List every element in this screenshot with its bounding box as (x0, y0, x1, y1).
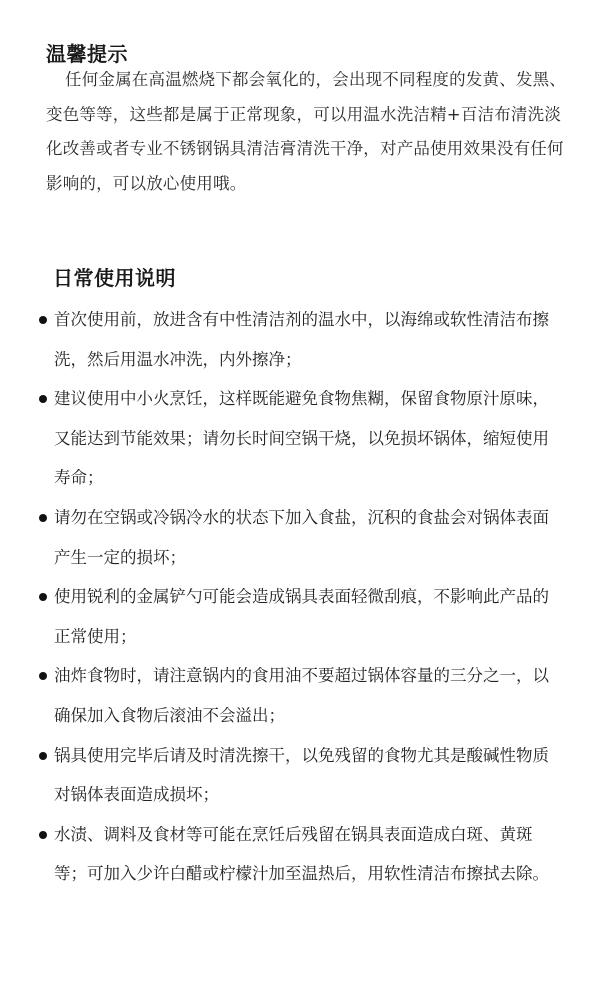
tips-paragraph: 任何金属在高温燃烧下都会氧化的，会出现不同程度的发黄、发黑、变色等等，这些都是属… (46, 63, 566, 201)
usage-item: 水渍、调料及食材等可能在烹饪后残留在锅具表面造成白斑、黄斑等；可加入少许白醋或柠… (36, 815, 551, 894)
usage-instructions-list: 首次使用前，放进含有中性清洁剂的温水中，以海绵或软性清洁布擦洗，然后用温水冲洗，… (36, 300, 551, 894)
usage-item-text: 首次使用前，放进含有中性清洁剂的温水中，以海绵或软性清洁布擦洗，然后用温水冲洗，… (54, 300, 551, 379)
usage-item: 锅具使用完毕后请及时清洗擦干，以免残留的食物尤其是酸碱性物质对锅体表面造成损坏； (36, 736, 551, 815)
bullet-dot-icon (39, 831, 47, 839)
usage-item-text: 使用锐利的金属铲勺可能会造成锅具表面轻微刮痕，不影响此产品的正常使用； (54, 577, 551, 656)
usage-item-text: 油炸食物时，请注意锅内的食用油不要超过锅体容量的三分之一，以确保加入食物后滚油不… (54, 656, 551, 735)
usage-title: 日常使用说明 (53, 262, 176, 291)
bullet-dot-icon (39, 752, 47, 760)
bullet-dot-icon (39, 395, 47, 403)
usage-item: 建议使用中小火烹饪，这样既能避免食物焦糊，保留食物原汁原味，又能达到节能效果；请… (36, 379, 551, 498)
usage-item-text: 请勿在空锅或冷锅冷水的状态下加入食盐，沉积的食盐会对锅体表面产生一定的损坏； (54, 498, 551, 577)
usage-item-text: 建议使用中小火烹饪，这样既能避免食物焦糊，保留食物原汁原味，又能达到节能效果；请… (54, 379, 551, 498)
usage-item: 请勿在空锅或冷锅冷水的状态下加入食盐，沉积的食盐会对锅体表面产生一定的损坏； (36, 498, 551, 577)
bullet-dot-icon (39, 316, 47, 324)
bullet-dot-icon (39, 514, 47, 522)
usage-item-text: 锅具使用完毕后请及时清洗擦干，以免残留的食物尤其是酸碱性物质对锅体表面造成损坏； (54, 736, 551, 815)
usage-item: 油炸食物时，请注意锅内的食用油不要超过锅体容量的三分之一，以确保加入食物后滚油不… (36, 656, 551, 735)
usage-item: 使用锐利的金属铲勺可能会造成锅具表面轻微刮痕，不影响此产品的正常使用； (36, 577, 551, 656)
usage-item-text: 水渍、调料及食材等可能在烹饪后残留在锅具表面造成白斑、黄斑等；可加入少许白醋或柠… (54, 815, 551, 894)
bullet-dot-icon (39, 593, 47, 601)
usage-item: 首次使用前，放进含有中性清洁剂的温水中，以海绵或软性清洁布擦洗，然后用温水冲洗，… (36, 300, 551, 379)
bullet-dot-icon (39, 672, 47, 680)
